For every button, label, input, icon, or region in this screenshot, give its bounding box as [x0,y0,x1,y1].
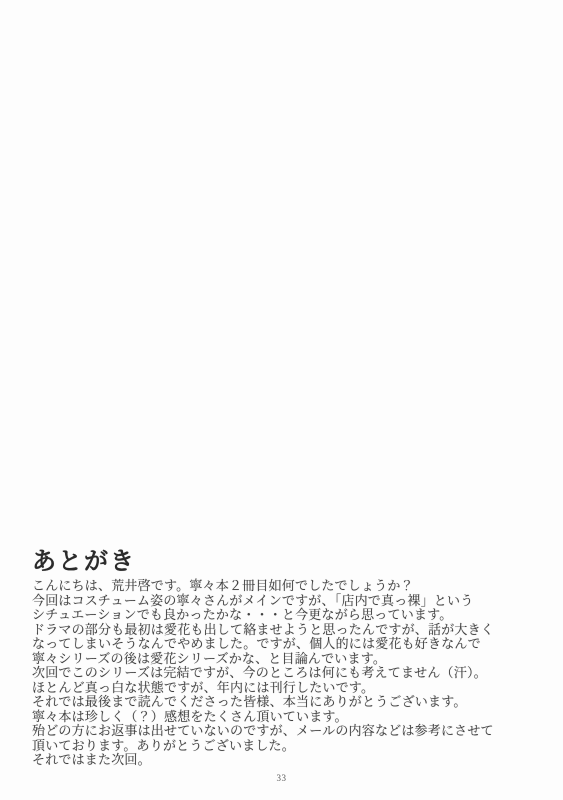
page-title: あとがき [32,548,136,576]
afterword-line: それではまた次回。 [32,753,537,768]
afterword-line: ほとんど真っ白な状態ですが、年内には刊行したいです。 [32,681,537,696]
afterword-line: 殆どの方にお返事は出せていないのですが、メールの内容などは参考にさせて [32,724,537,739]
page-number: 33 [0,773,563,783]
afterword-line: こんにちは、荒井啓です。寧々本２冊目如何でしたでしょうか？ [32,579,537,594]
afterword-line: 次回でこのシリーズは完結ですが、今のところは何にも考えてません（汗）。 [32,666,537,681]
afterword-page: あとがき こんにちは、荒井啓です。寧々本２冊目如何でしたでしょうか？ 今回はコス… [0,0,563,800]
afterword-line: 寧々本は珍しく（？）感想をたくさん頂いています。 [32,710,537,725]
afterword-line: 頂いております。ありがとうございました。 [32,739,537,754]
afterword-line: 寧々シリーズの後は愛花シリーズかな、と目論んでいます。 [32,652,537,667]
afterword-body: こんにちは、荒井啓です。寧々本２冊目如何でしたでしょうか？ 今回はコスチューム姿… [32,579,537,768]
afterword-line: ドラマの部分も最初は愛花も出して絡ませようと思ったんですが、話が大きく [32,623,537,638]
afterword-line: シチュエーションでも良かったかな・・・と今更ながら思っています。 [32,608,537,623]
afterword-line: それでは最後まで読んでくださった皆様、本当にありがとうございます。 [32,695,537,710]
afterword-line: 今回はコスチューム姿の寧々さんがメインですが、「店内で真っ裸」という [32,594,537,609]
afterword-line: なってしまいそうなんでやめました。ですが、個人的には愛花も好きなんで [32,637,537,652]
